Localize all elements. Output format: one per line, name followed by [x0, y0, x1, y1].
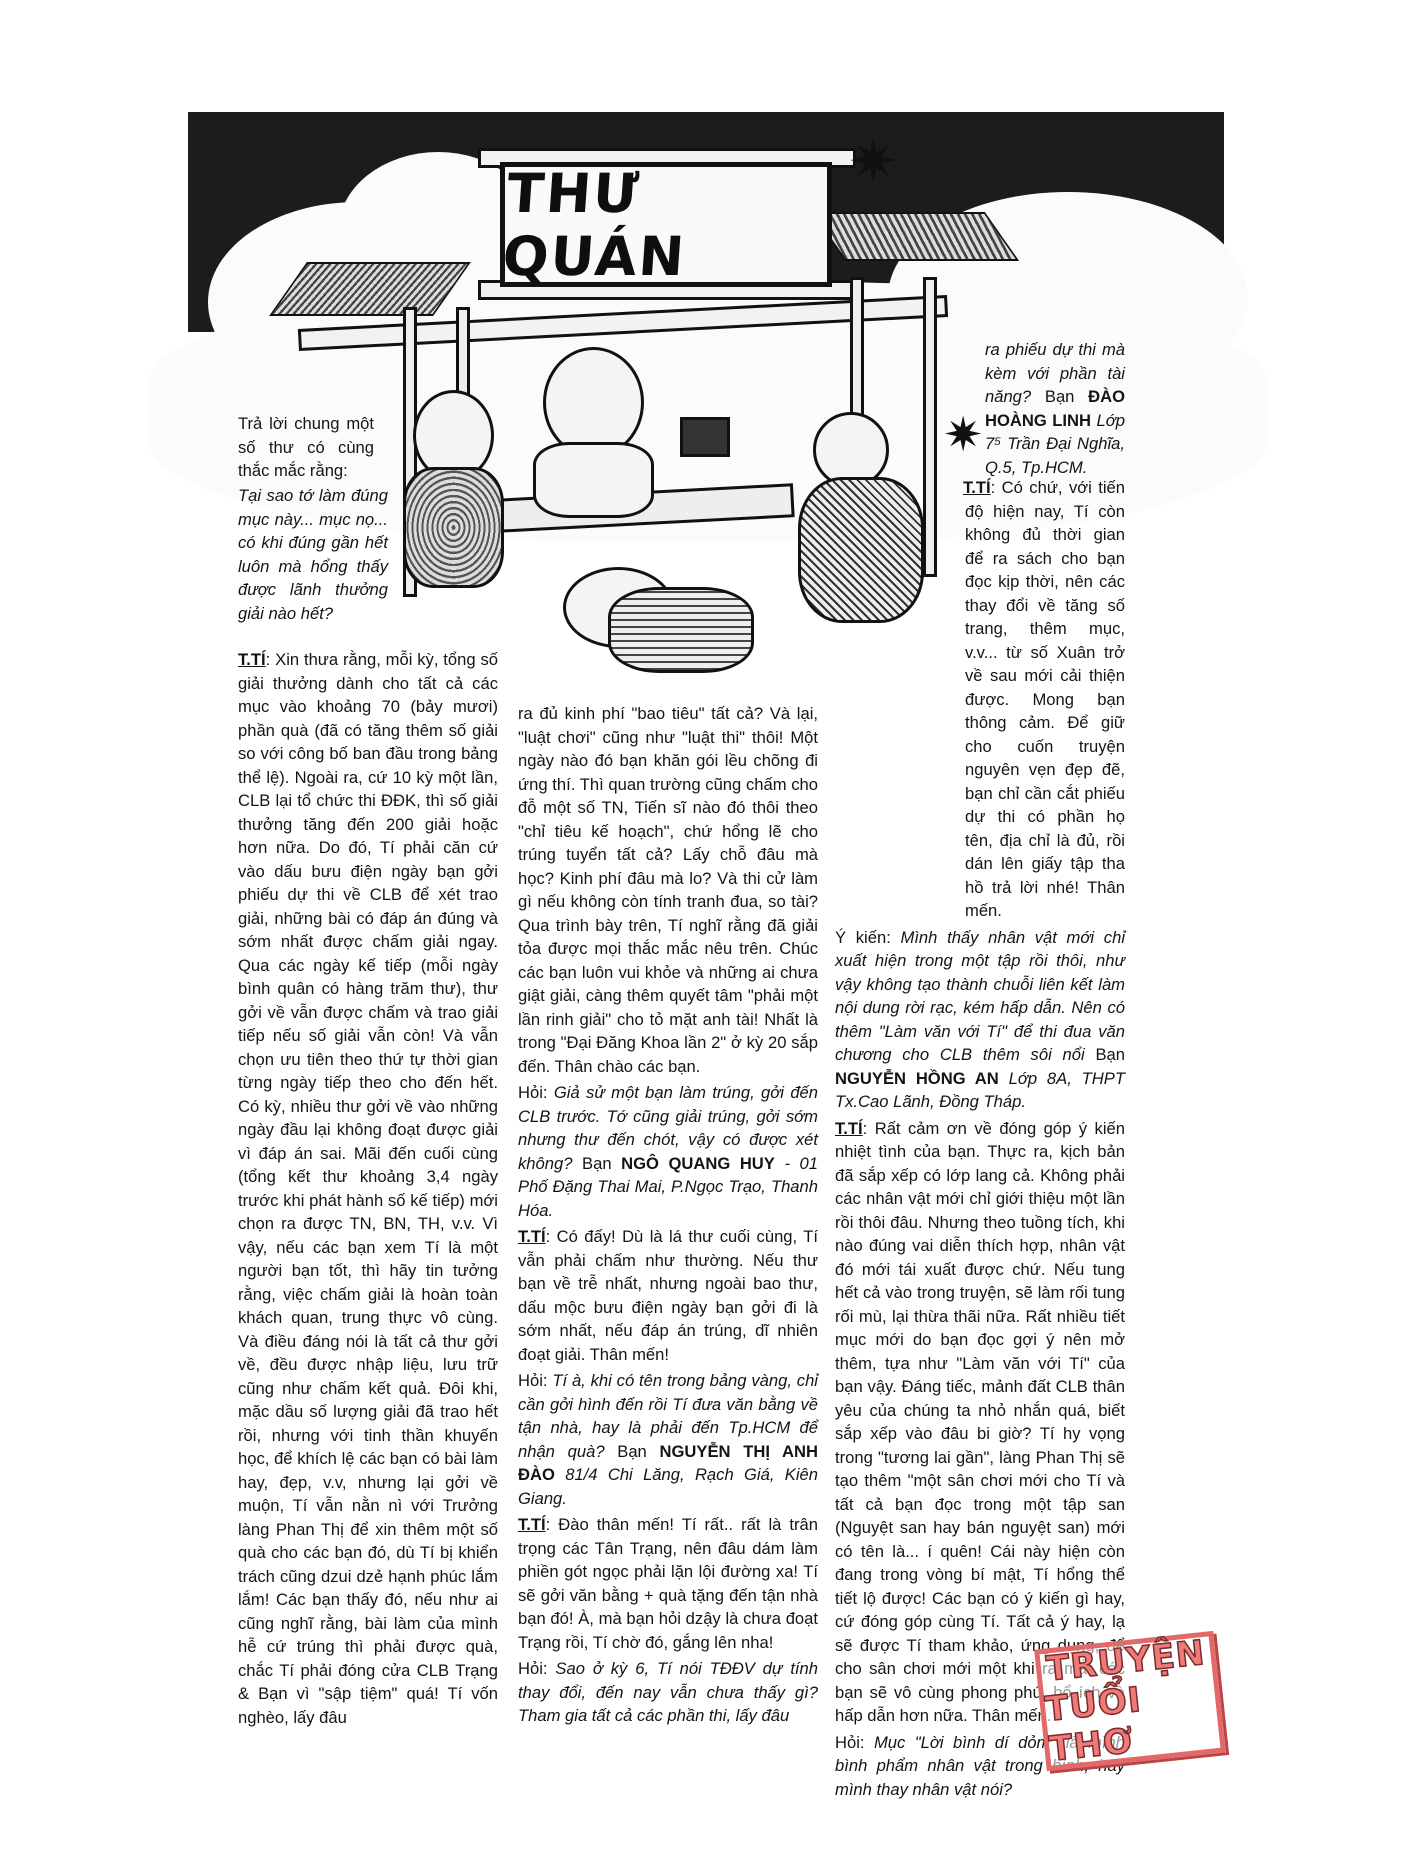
answer-block: T.TÍ: Rất cảm ơn về đóng góp ý kiến nhiệ… — [835, 1117, 1125, 1728]
character-boy-body — [533, 442, 654, 518]
question-block: Hỏi: Tí à, khi có tên trong bảng vàng, c… — [518, 1369, 818, 1510]
answer-block: T.TÍ: Có đấy! Dù là lá thư cuối cùng, Tí… — [518, 1225, 818, 1366]
roof-right — [811, 212, 1019, 261]
question-block: Hỏi: Giả sử một bạn làm trúng, gởi đến C… — [518, 1081, 818, 1222]
middle-column: ra đủ kinh phí "bao tiêu" tất cả? Và lại… — [518, 702, 818, 1731]
paragraph: ra đủ kinh phí "bao tiêu" tất cả? Và lại… — [518, 702, 818, 1078]
right-column: T.TÍ: Có chứ, với tiến độ hiện nay, Tí c… — [835, 476, 1125, 1804]
intro-text: Trả lời chung một số thư có cùng thắc mắ… — [238, 414, 374, 480]
mailbox-icon — [680, 417, 730, 457]
palm-leaves-icon: ✷ — [848, 132, 898, 192]
answer-block: T.TÍ: Đào thân mến! Tí rất.. rất là trân… — [518, 1513, 818, 1654]
left-column-intro: Trả lời chung một số thư có cùng thắc mắ… — [238, 412, 374, 486]
watermark-line2: TUỔI THƠ — [1043, 1672, 1220, 1769]
sign-title: THƯ QUÁN — [501, 162, 832, 288]
reader-name: NGÔ QUANG HUY — [621, 1154, 775, 1173]
question-block: Hỏi: Sao ở kỳ 6, Tí nói TĐĐV dự tính tha… — [518, 1657, 818, 1728]
right-column-top: ra phiếu dự thi mà kèm với phần tài năng… — [985, 338, 1125, 482]
answer-block: T.TÍ: Có chứ, với tiến độ hiện nay, Tí c… — [835, 476, 1125, 923]
truyen-tuoi-tho-watermark-logo: TRUYỆN TUỔI THƠ — [1034, 1631, 1226, 1771]
tti-label: T.TÍ — [238, 650, 266, 669]
character-fat-body — [608, 587, 754, 673]
opinion-block: Ý kiến: Mình thấy nhân vật mới chỉ xuất … — [835, 926, 1125, 1114]
palm-leaves-icon: ✷ — [943, 412, 983, 460]
character-girl-body — [403, 467, 504, 588]
question-block-continued: ra phiếu dự thi mà kèm với phần tài năng… — [985, 338, 1125, 479]
reader-name: NGUYỄN HỒNG AN — [835, 1069, 999, 1088]
left-column-question: Tại sao tớ làm đúng mục này... mục nọ...… — [238, 484, 388, 628]
intro-question: Tại sao tớ làm đúng mục này... mục nọ...… — [238, 486, 388, 623]
answer-text: : Xin thưa rằng, mỗi kỳ, tổng số giải th… — [238, 650, 498, 1727]
sign-board: THƯ QUÁN — [500, 162, 832, 287]
left-column-answer: T.TÍ: Xin thưa rằng, mỗi kỳ, tổng số giả… — [238, 648, 498, 1732]
